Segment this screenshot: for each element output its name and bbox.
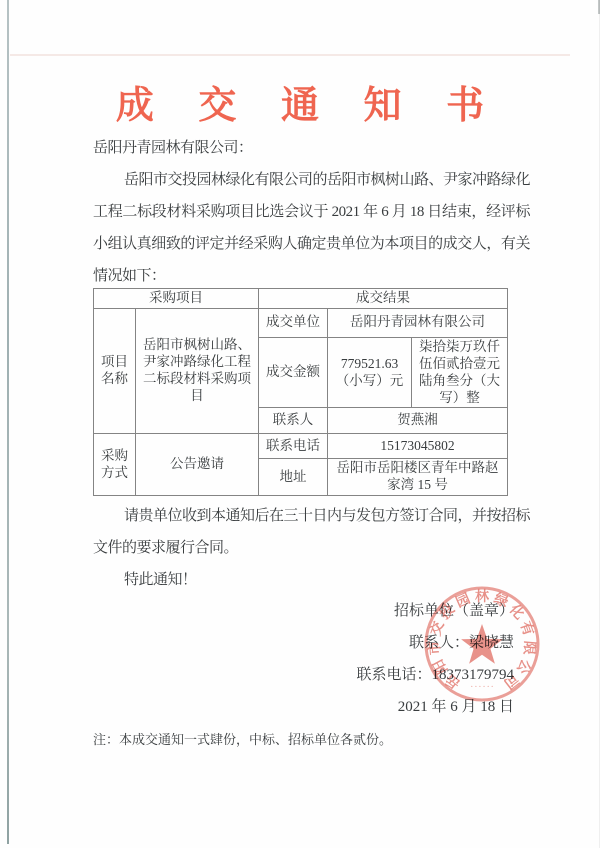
svg-text:公: 公 [513, 656, 534, 677]
table-header-procurement-project: 采购项目 [94, 289, 259, 309]
procurement-result-table: 采购项目 成交结果 项目名称 岳阳市枫树山路、尹家冲路绿化工程二标段材料采购项目… [93, 288, 508, 496]
winner-value: 岳阳丹青园林有限公司 [328, 308, 508, 337]
amount-label: 成交金额 [259, 337, 328, 408]
signature-block: 招标单位（盖章） 联系人：梁晓慧 联系电话：18373179794 2021 年… [356, 595, 514, 723]
address-label: 地址 [259, 459, 328, 496]
amount-numeric-value: 779521.63（小写）元 [328, 337, 412, 408]
signature-unit-line: 招标单位（盖章） [356, 595, 514, 627]
notice-line: 特此通知！ [93, 564, 530, 596]
table-header-award-result: 成交结果 [259, 289, 508, 309]
address-value: 岳阳市岳阳楼区青年中路赵家湾 15 号 [328, 459, 508, 496]
phone-label: 联系电话 [259, 434, 328, 459]
svg-text:限: 限 [520, 640, 538, 655]
intro-paragraph: 岳阳市交投园林绿化有限公司的岳阳市枫树山路、尹家冲路绿化工程二标段材料采购项目比… [93, 164, 530, 292]
recipient-line: 岳阳丹青园林有限公司： [93, 132, 530, 164]
document-body: 岳阳丹青园林有限公司： 岳阳市交投园林绿化有限公司的岳阳市枫树山路、尹家冲路绿化… [93, 132, 530, 292]
method-value: 公告邀请 [136, 434, 259, 496]
signature-contact-line: 联系人：梁晓慧 [356, 627, 514, 659]
contact-label: 联系人 [259, 408, 328, 434]
amount-words-value: 柒拾柒万玖仟伍佰贰拾壹元陆角叁分（大写）整 [412, 337, 508, 408]
signature-date-line: 2021 年 6 月 18 日 [356, 691, 514, 723]
winner-label: 成交单位 [259, 308, 328, 337]
page-title: 成 交 通 知 书 [0, 74, 600, 129]
signature-phone-line: 联系电话：18373179794 [356, 659, 514, 691]
svg-text:有: 有 [517, 619, 538, 638]
phone-value: 15173045802 [328, 434, 508, 459]
closing-paragraph: 请贵单位收到本通知后在三十日内与发包方签订合同，并按招标文件的要求履行合同。 [93, 500, 530, 564]
footnote: 注：本成交通知一式肆份，中标、招标单位各贰份。 [93, 729, 392, 748]
contact-value: 贺燕湘 [328, 408, 508, 434]
closing-section: 请贵单位收到本通知后在三十日内与发包方签订合同，并按招标文件的要求履行合同。 特… [93, 500, 530, 596]
project-name-label: 项目名称 [94, 308, 136, 434]
project-name-value: 岳阳市枫树山路、尹家冲路绿化工程二标段材料采购项目 [136, 308, 259, 434]
scan-artifact-top [10, 54, 570, 56]
scanned-page: 成 交 通 知 书 岳阳丹青园林有限公司： 岳阳市交投园林绿化有限公司的岳阳市枫… [0, 0, 600, 848]
method-label: 采购方式 [94, 434, 136, 496]
